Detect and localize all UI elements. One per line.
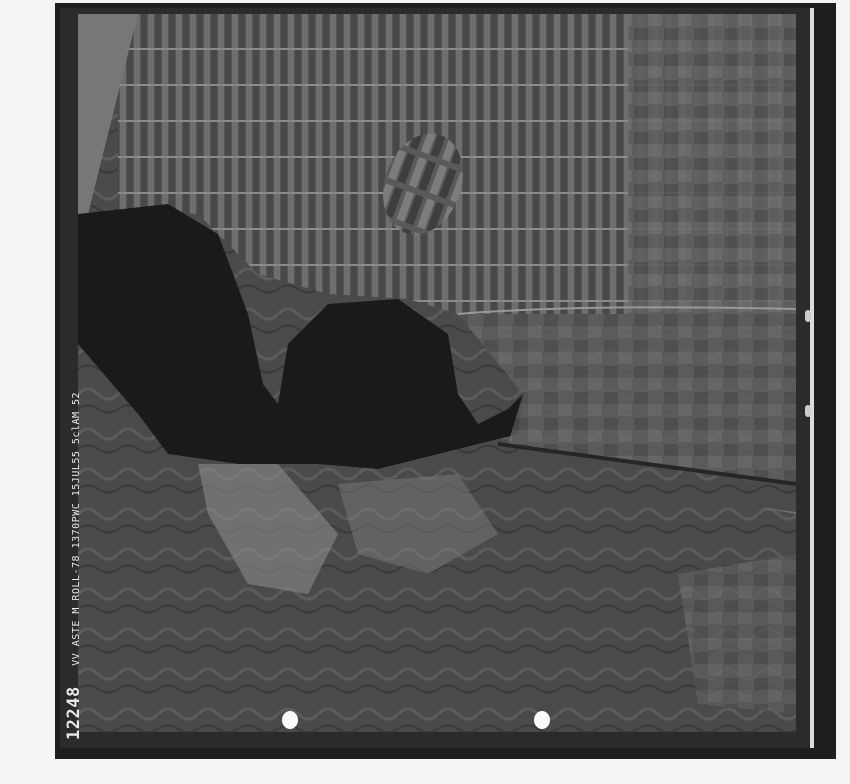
fiducial-mark-edge-2	[805, 405, 811, 417]
photo-annotation: 12248 VV ASTE M ROLL-78 1370PWC 15JUL55 …	[64, 392, 84, 740]
fiducial-mark-left	[282, 711, 298, 729]
frame-number: 12248	[64, 686, 84, 740]
fiducial-mark-edge-1	[805, 310, 811, 322]
aerial-photo-canvas	[78, 14, 796, 732]
fiducial-mark-right	[534, 711, 550, 729]
roll-info: VV ASTE M ROLL-78 1370PWC 15JUL55 5clAM …	[71, 392, 82, 666]
aerial-photo	[78, 14, 796, 732]
